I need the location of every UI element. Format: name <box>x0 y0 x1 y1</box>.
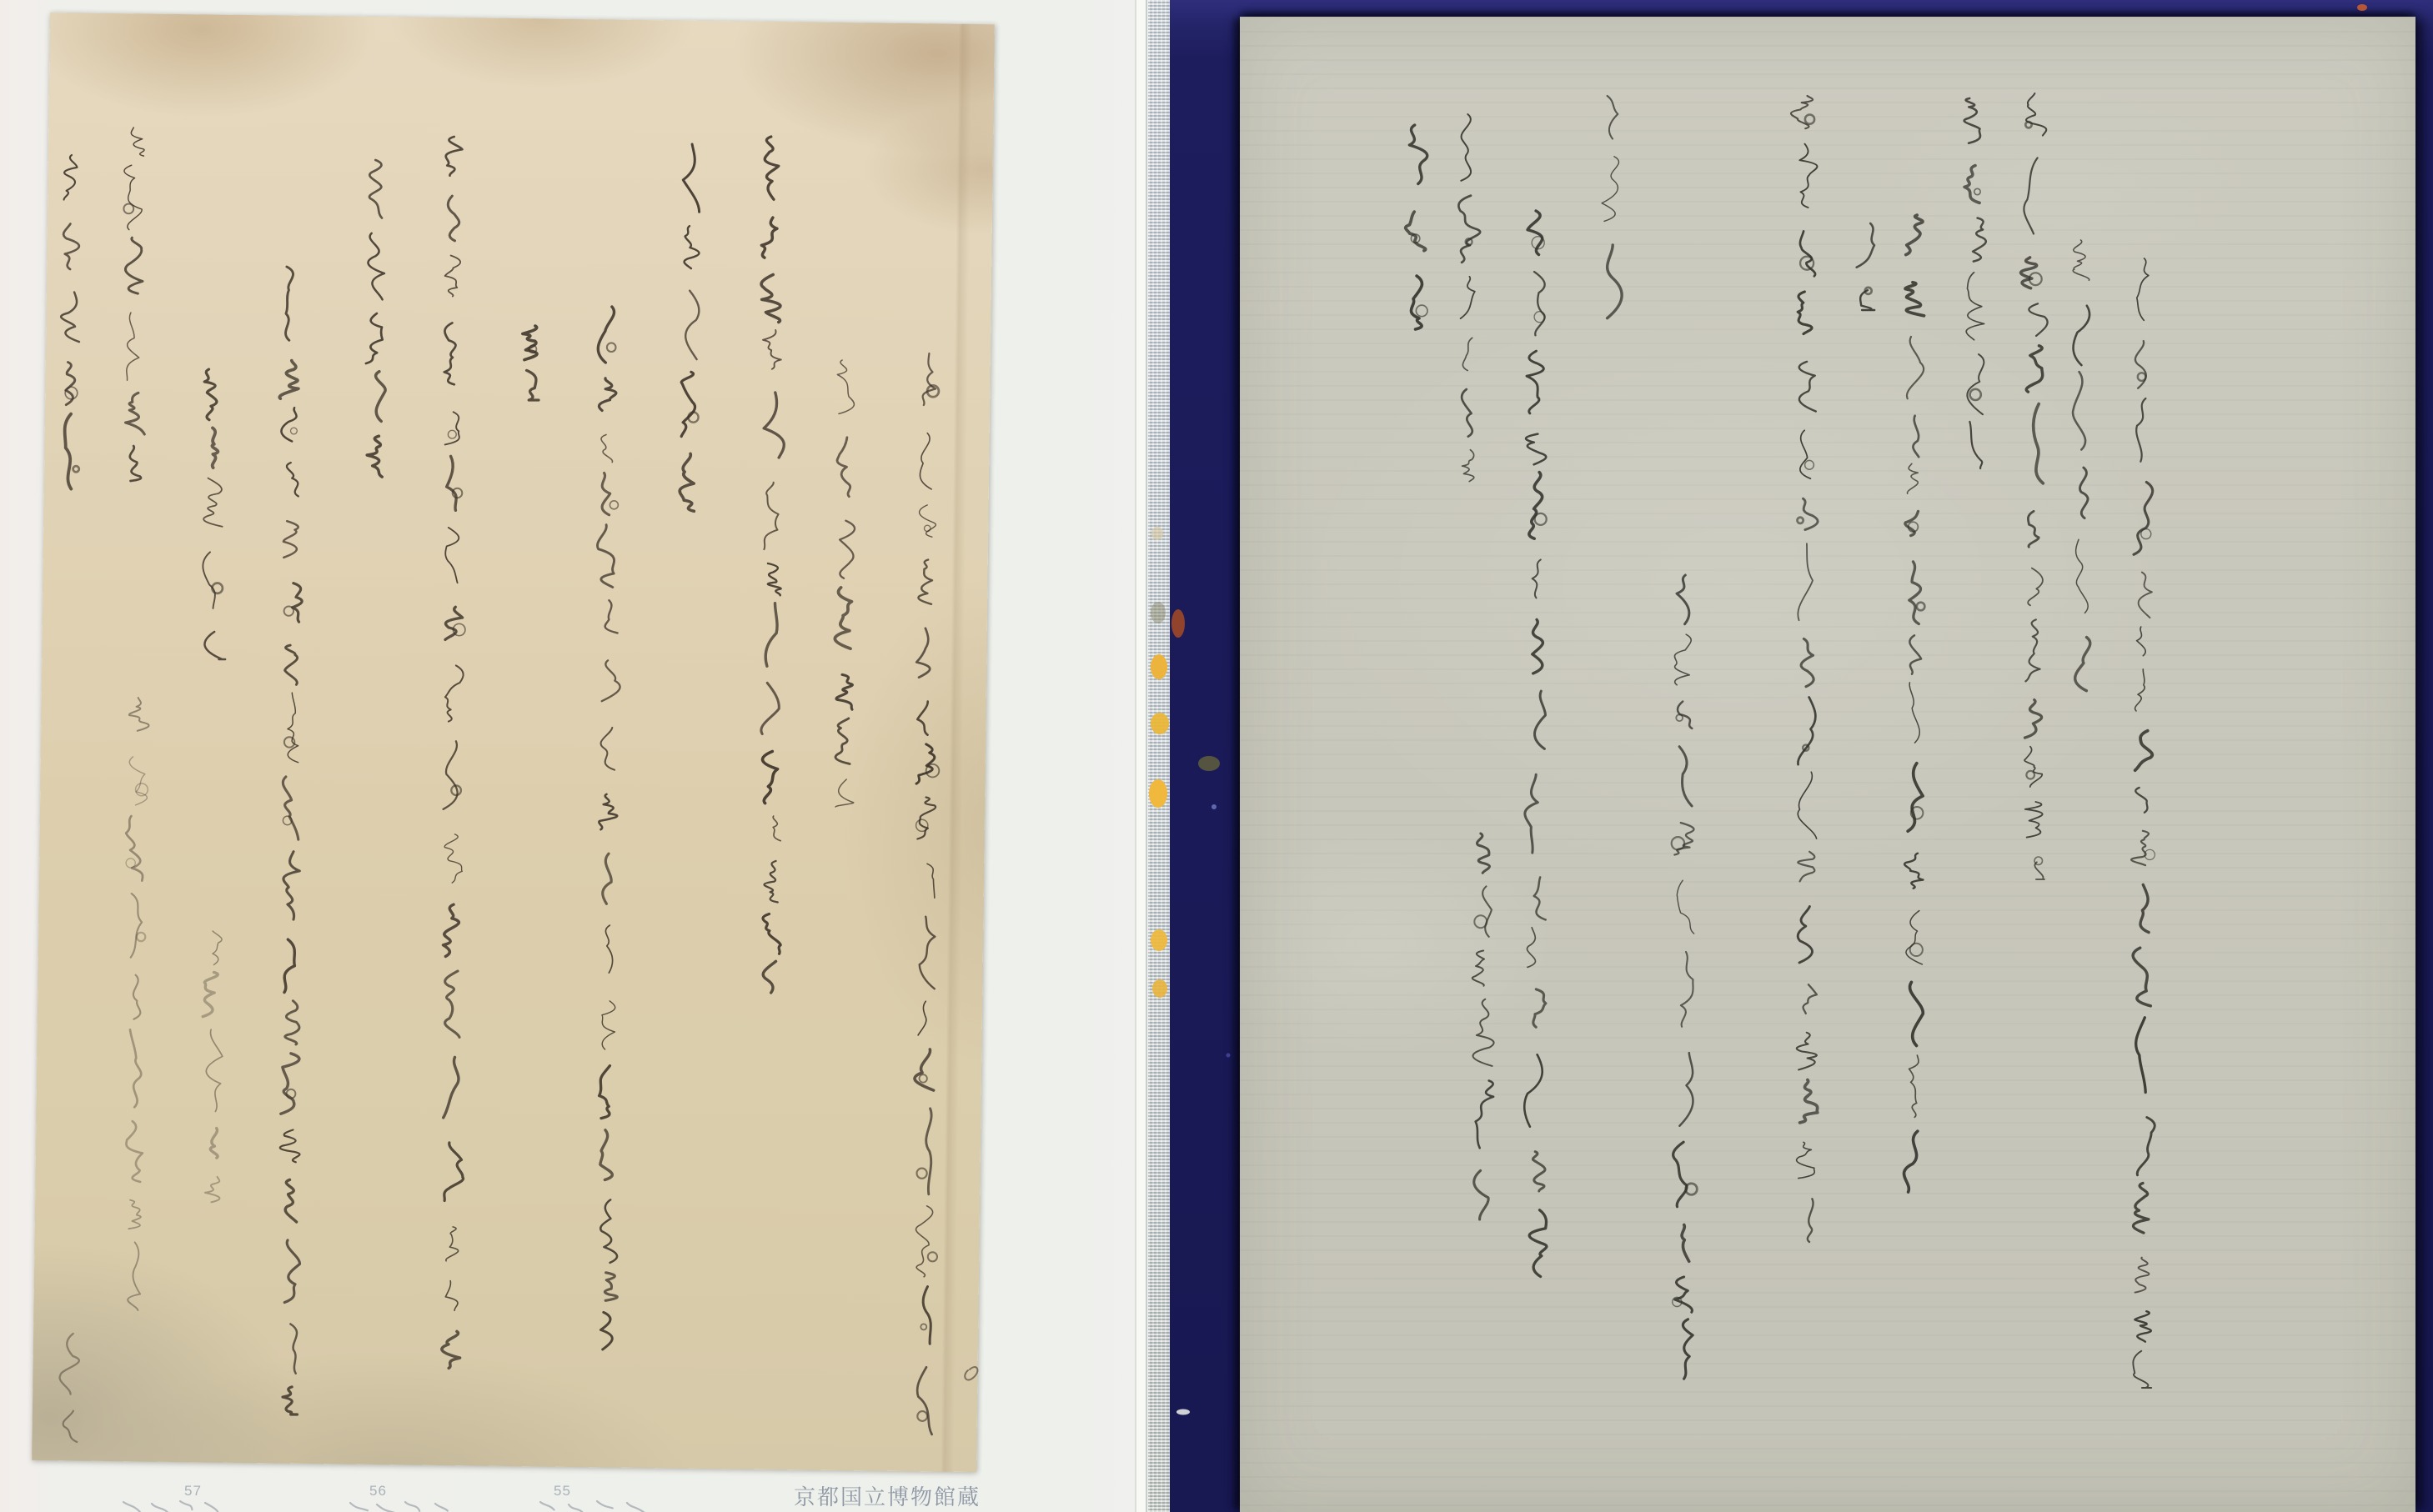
book-gutter-highlight <box>1136 0 1146 1512</box>
plate-number-57: 57 <box>184 1483 202 1499</box>
plate-number-55: 55 <box>554 1483 571 1499</box>
facing-plate-fore-edge-strip <box>1148 0 1170 1512</box>
right-manuscript-original-paper <box>1240 17 2415 1512</box>
book-gutter-crease-line-2 <box>1146 0 1147 1512</box>
book-spread-photo: 京都国立博物館蔵 57 56 55 <box>0 0 2433 1512</box>
museum-credit-caption: 京都国立博物館蔵 <box>794 1480 1011 1511</box>
plate-number-56: 56 <box>369 1483 387 1499</box>
left-manuscript-reproduction-paper <box>32 13 995 1472</box>
